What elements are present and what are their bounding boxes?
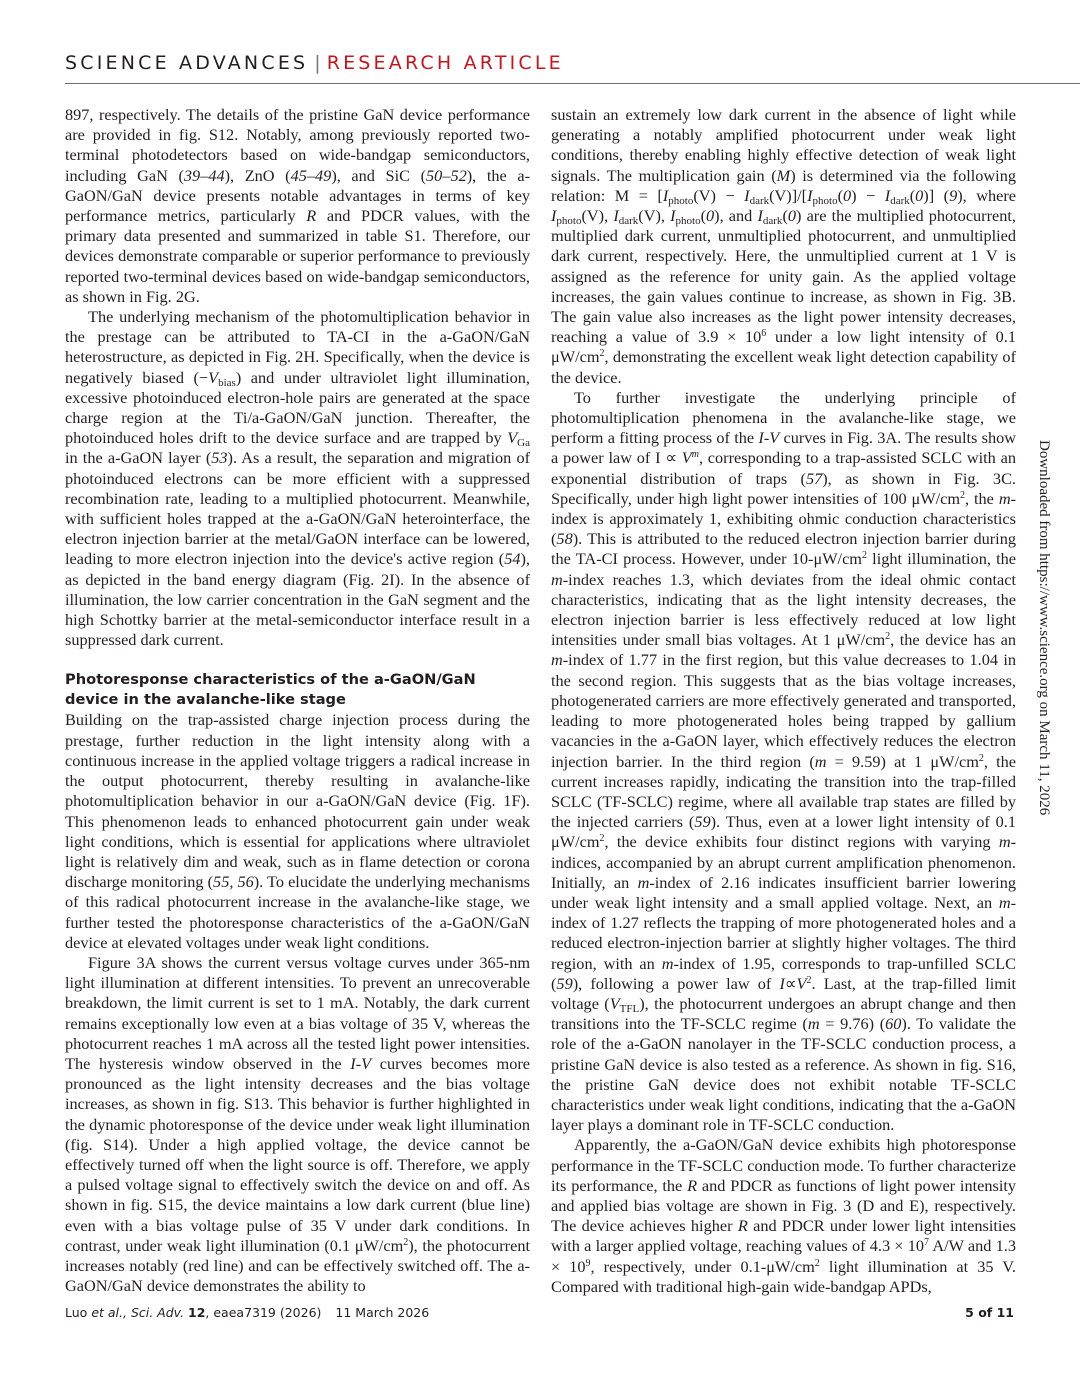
paragraph: sustain an extremely low dark current in… <box>551 105 1016 388</box>
paragraph: 897, respectively. The details of the pr… <box>65 105 530 307</box>
journal-name: SCIENCE ADVANCES <box>65 52 308 74</box>
header-separator: | <box>314 52 320 74</box>
paragraph: To further investigate the underlying pr… <box>551 388 1016 1136</box>
citation-journal: Sci. Adv. <box>131 1305 184 1320</box>
citation-volume: 12 <box>188 1305 205 1320</box>
running-header: SCIENCE ADVANCES|RESEARCH ARTICLE <box>65 52 564 74</box>
paragraph: Building on the trap-assisted charge inj… <box>65 710 530 952</box>
paragraph: Apparently, the a-GaON/GaN device exhibi… <box>551 1135 1016 1297</box>
publication-date: 11 March 2026 <box>335 1305 429 1320</box>
right-column: sustain an extremely low dark current in… <box>551 105 1016 1297</box>
header-rule <box>65 83 1080 84</box>
paragraph: Figure 3A shows the current versus volta… <box>65 953 530 1296</box>
citation-etal: et al., <box>91 1305 127 1320</box>
page-number: 5 of 11 <box>965 1305 1014 1320</box>
article-type: RESEARCH ARTICLE <box>327 52 564 74</box>
section-heading: Photoresponse characteristics of the a-G… <box>65 670 530 710</box>
download-notice: Downloaded from https://www.science.org … <box>1035 440 1052 860</box>
citation-rest: , eaea7319 (2026) <box>205 1305 321 1320</box>
citation-author: Luo <box>65 1305 87 1320</box>
paragraph: The underlying mechanism of the photomul… <box>65 307 530 650</box>
citation-footer: Luo et al., Sci. Adv. 12, eaea7319 (2026… <box>65 1305 429 1320</box>
left-column: 897, respectively. The details of the pr… <box>65 105 530 1296</box>
